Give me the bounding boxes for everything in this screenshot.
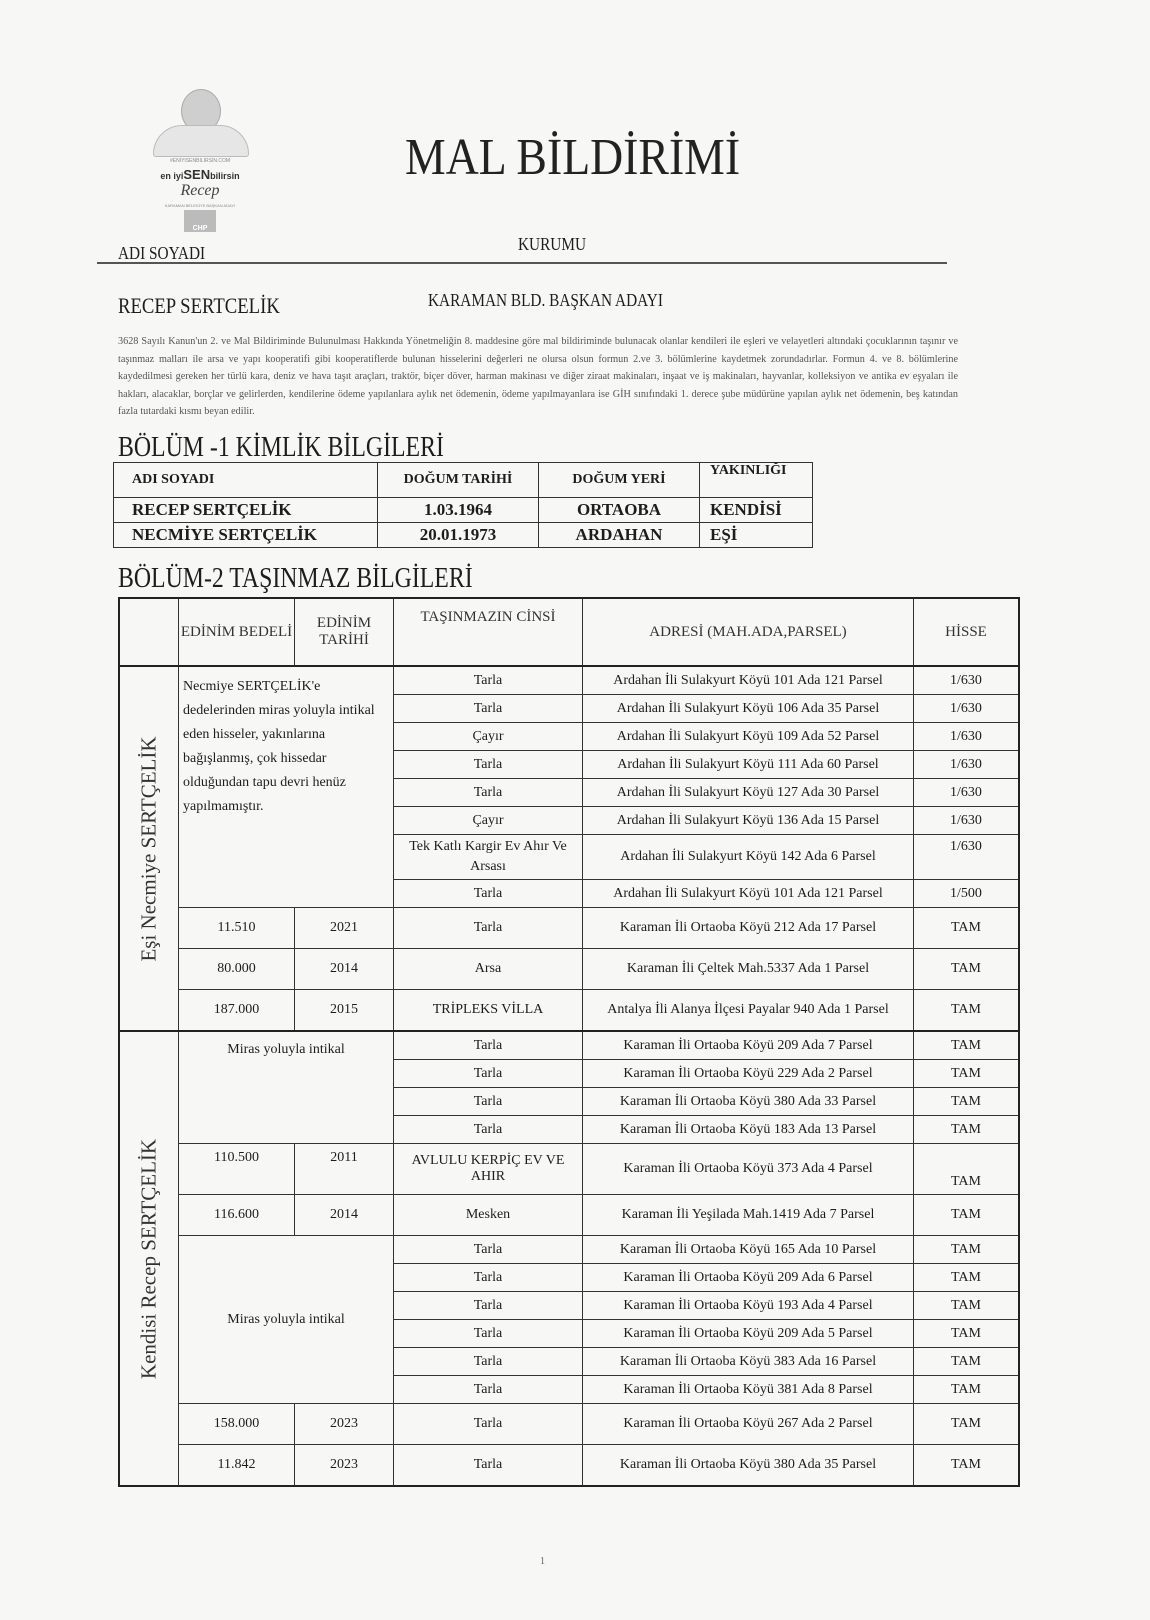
table-row: 116.6002014MeskenKaraman İli Yeşilada Ma… bbox=[119, 1195, 1019, 1236]
logo-slogan: en iyiSENbilirsin bbox=[135, 167, 265, 182]
table-row: Eşi Necmiye SERTÇELİKNecmiye SERTÇELİK'e… bbox=[119, 666, 1019, 695]
inheritance-note: Necmiye SERTÇELİK'e dedelerinden miras y… bbox=[179, 666, 394, 908]
table-row: 158.0002023TarlaKaraman İli Ortaoba Köyü… bbox=[119, 1404, 1019, 1445]
name-label: ADI SOYADI bbox=[118, 243, 205, 264]
identity-table: ADI SOYADI DOĞUM TARİHİ DOĞUM YERİ YAKIN… bbox=[113, 462, 813, 548]
owner-label: Eşi Necmiye SERTÇELİK bbox=[137, 736, 162, 961]
property-table: EDİNİM BEDELİ EDİNİM TARİHİ TAŞINMAZIN C… bbox=[118, 597, 1020, 1487]
header-divider bbox=[97, 262, 947, 264]
table-row: Kendisi Recep SERTÇELİKMiras yoluyla int… bbox=[119, 1031, 1019, 1060]
owner-label: Kendisi Recep SERTÇELİK bbox=[137, 1138, 162, 1378]
col-header bbox=[119, 598, 179, 666]
table-row: 11.8422023TarlaKaraman İli Ortaoba Köyü … bbox=[119, 1445, 1019, 1487]
owner-spouse: Eşi Necmiye SERTÇELİK bbox=[119, 666, 179, 1031]
table-row: 187.0002015TRİPLEKS VİLLAAntalya İli Ala… bbox=[119, 990, 1019, 1032]
table-row: 11.5102021TarlaKaraman İli Ortaoba Köyü … bbox=[119, 908, 1019, 949]
col-header: ADI SOYADI bbox=[114, 463, 378, 498]
candidate-photo bbox=[145, 85, 255, 155]
col-header: EDİNİM BEDELİ bbox=[179, 598, 295, 666]
logo-website: #ENIYISENBILIRSIN.COM bbox=[135, 158, 265, 164]
logo-tagline: KARAMAN BELEDİYE BAŞKAN ADAYI bbox=[135, 203, 265, 208]
col-header: DOĞUM YERİ bbox=[539, 463, 700, 498]
campaign-logo: #ENIYISENBILIRSIN.COM en iyiSENbilirsin … bbox=[135, 85, 265, 250]
name-value: RECEP SERTCELİK bbox=[118, 293, 280, 319]
col-header: ADRESİ (MAH.ADA,PARSEL) bbox=[583, 598, 914, 666]
section1-title: BÖLÜM -1 KİMLİK BİLGİLERİ bbox=[118, 432, 444, 464]
logo-signature: Recep bbox=[135, 182, 265, 200]
page-number: 1 bbox=[540, 1556, 545, 1567]
table-row: Miras yoluyla intikalTarlaKaraman İli Or… bbox=[119, 1236, 1019, 1264]
owner-self: Kendisi Recep SERTÇELİK bbox=[119, 1031, 179, 1486]
col-header: TAŞINMAZIN CİNSİ bbox=[394, 598, 583, 666]
col-header: YAKINLIĞI bbox=[700, 463, 813, 498]
table-row: RECEP SERTÇELİK 1.03.1964 ORTAOBA KENDİS… bbox=[114, 498, 813, 523]
institution-label: KURUMU bbox=[518, 234, 586, 255]
section2-title: BÖLÜM-2 TAŞINMAZ BİLGİLERİ bbox=[118, 563, 473, 595]
inheritance-note: Miras yoluyla intikal bbox=[179, 1236, 394, 1404]
col-header: DOĞUM TARİHİ bbox=[378, 463, 539, 498]
table-row: 80.0002014ArsaKaraman İli Çeltek Mah.533… bbox=[119, 949, 1019, 990]
col-header: HİSSE bbox=[914, 598, 1020, 666]
inheritance-note: Miras yoluyla intikal bbox=[179, 1031, 394, 1144]
col-header: EDİNİM TARİHİ bbox=[295, 598, 394, 666]
legal-text: 3628 Sayılı Kanun'un 2. ve Mal Bildirimi… bbox=[118, 333, 958, 421]
table-row: 110.5002011AVLULU KERPİÇ EV VE AHIRKaram… bbox=[119, 1144, 1019, 1195]
document-title: MAL BİLDİRİMİ bbox=[405, 128, 740, 187]
party-logo: CHP bbox=[184, 210, 216, 232]
table-row: NECMİYE SERTÇELİK 20.01.1973 ARDAHAN EŞİ bbox=[114, 523, 813, 548]
institution-value: KARAMAN BLD. BAŞKAN ADAYI bbox=[428, 290, 663, 311]
